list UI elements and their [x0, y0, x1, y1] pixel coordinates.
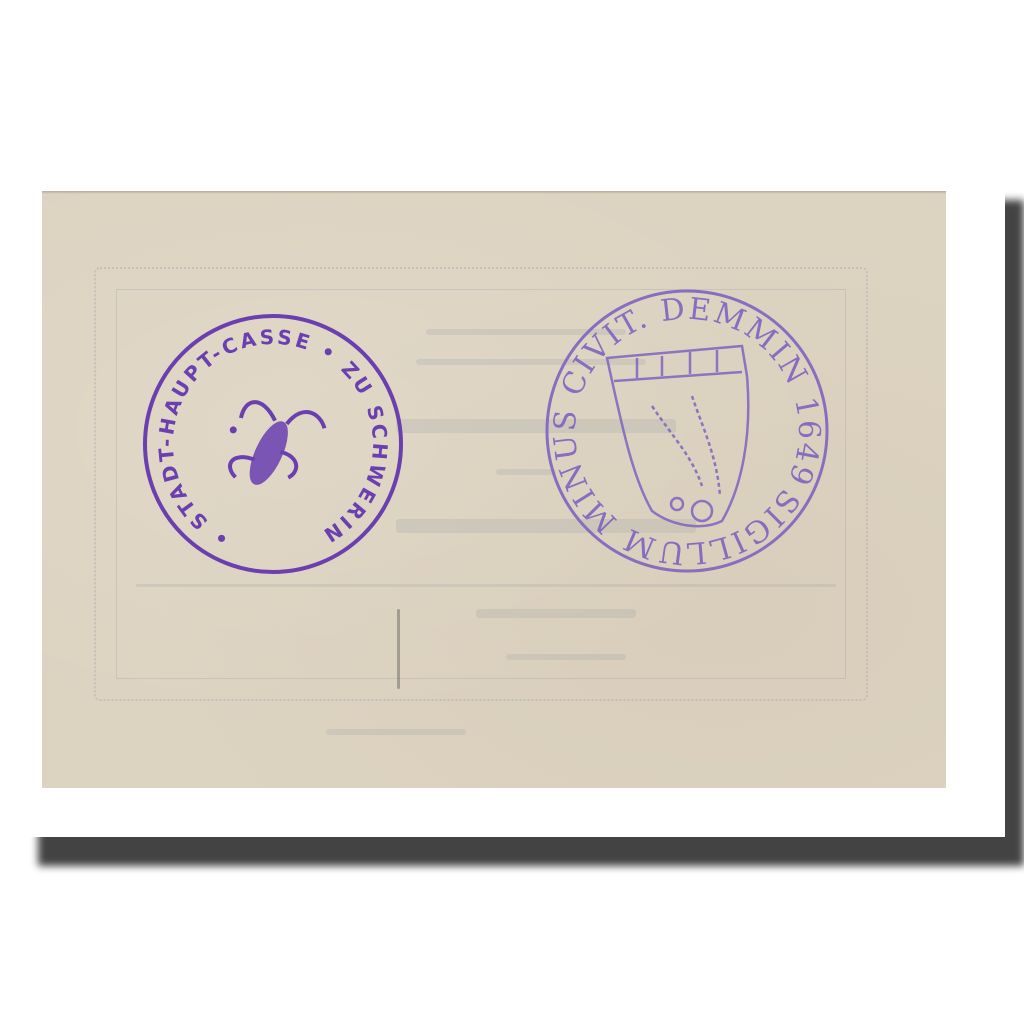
stamp-sigillum-demmin: SIGILLUM MINUS CIVIT. DEMMIN 1649	[542, 286, 832, 576]
griffin-icon	[213, 385, 328, 503]
stamp-stadt-haupt-casse: • STADT-HAUPT-CASSE • ZU SCHWERIN	[138, 309, 408, 579]
stamp-right-text: SIGILLUM MINUS CIVIT. DEMMIN 1649	[496, 240, 878, 622]
fold-mark	[397, 609, 400, 689]
svg-text:SIGILLUM MINUS CIVIT. DEMMIN 1: SIGILLUM MINUS CIVIT. DEMMIN 1649	[496, 240, 878, 622]
banknote: • STADT-HAUPT-CASSE • ZU SCHWERIN SIGILL	[42, 191, 946, 788]
shield-icon	[607, 346, 748, 526]
